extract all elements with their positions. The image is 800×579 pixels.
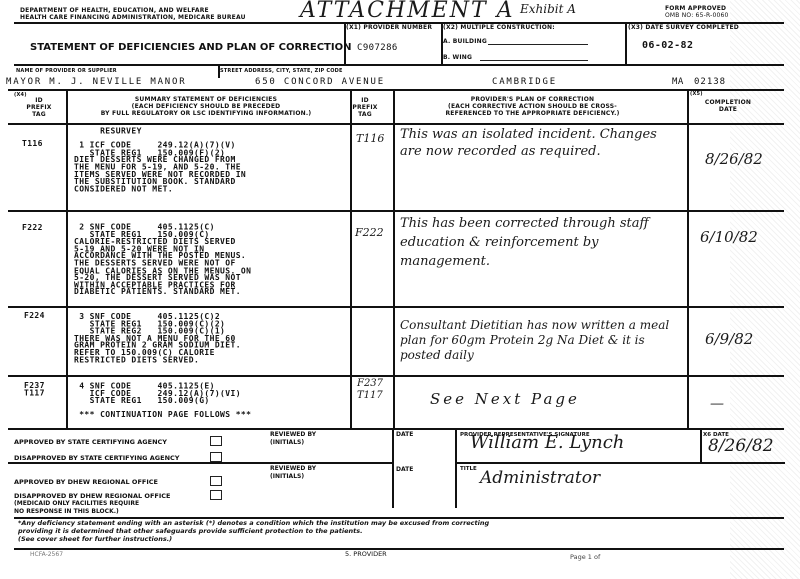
department-line-2: HEALTH CARE FINANCING ADMINISTRATION, ME…: [20, 14, 246, 21]
row-3-completion: 6/9/82: [705, 330, 753, 348]
provider-signature: William E. Lynch: [470, 432, 624, 453]
reviewed-by-dhew-label: REVIEWED BY (INITIALS): [270, 465, 316, 481]
row-4-plan-tag: F237 T117: [357, 378, 383, 402]
approved-state-label: APPROVED BY STATE CERTIFYING AGENCY: [14, 438, 167, 446]
provider-number: C907286: [357, 45, 398, 52]
plan-id-prefix-tag-header: ID PREFIX TAG: [350, 97, 380, 118]
dhew-date-label: DATE: [396, 466, 413, 474]
provider-number-label: (X1) PROVIDER NUMBER: [346, 24, 432, 31]
row-2-plan-tag: F222: [355, 226, 384, 239]
building-field[interactable]: [488, 44, 588, 45]
row-2-deficiency: 2 SNF CODE 405.1125(C) STATE REG1 150.00…: [74, 224, 251, 296]
row-2-plan: This has been corrected through staff ed…: [400, 214, 680, 271]
row-3-plan: Consultant Dietitian has now written a m…: [400, 318, 685, 363]
row-3-deficiency: 3 SNF CODE 405.1125(C)2 STATE REG1 150.0…: [74, 313, 241, 363]
asterisk-note: *Any deficiency statement ending with an…: [18, 519, 489, 543]
provider-name-label: NAME OF PROVIDER OR SUPPLIER: [16, 68, 117, 75]
summary-header: SUMMARY STATEMENT OF DEFICIENCIES (EACH …: [66, 96, 346, 117]
row-1-tag: T116: [22, 140, 43, 147]
row-1-deficiency: RESURVEY 1 ICF CODE 249.12(A)(7)(V) STAT…: [74, 128, 246, 193]
disapproved-dhew-label: DISAPPROVED BY DHEW REGIONAL OFFICE: [14, 492, 170, 500]
row-4-tag: F237 T117: [24, 382, 45, 396]
row-1-plan-tag: T116: [356, 132, 384, 145]
row-4-plan: See Next Page: [430, 390, 580, 408]
row-4-deficiency: 4 SNF CODE 405.1125(E) ICF CODE 249.12(A…: [74, 383, 251, 419]
copy-label: 5. PROVIDER: [345, 550, 387, 558]
plan-header: PROVIDER'S PLAN OF CORRECTION (EACH CORR…: [395, 96, 670, 117]
title-label: TITLE: [460, 465, 477, 473]
row-4-completion: —: [710, 396, 724, 412]
approved-state-checkbox[interactable]: [210, 436, 222, 446]
page-title: STATEMENT OF DEFICIENCIES AND PLAN OF CO…: [30, 42, 351, 53]
building-label: A. BUILDING: [443, 38, 487, 45]
row-1-plan: This was an isolated incident. Changes a…: [400, 126, 680, 160]
row-3-tag: F224: [24, 312, 45, 319]
completion-date-header: COMPLETION DATE: [688, 99, 768, 113]
provider-name: MAYOR M. J. NEVILLE MANOR: [6, 79, 186, 86]
wing-label: B. WING: [443, 54, 472, 61]
handwritten-exhibit: Exhibit A: [520, 2, 576, 16]
row-2-completion: 6/10/82: [700, 228, 758, 246]
row-2-tag: F222: [22, 224, 43, 231]
x5-label: (X5): [690, 91, 703, 98]
date-survey: 06-02-82: [642, 42, 693, 49]
row-1-completion: 8/26/82: [705, 150, 763, 168]
form-approved: FORM APPROVED: [665, 5, 726, 12]
multiple-construction-label: (X2) MULTIPLE CONSTRUCTION:: [443, 24, 555, 31]
disapproved-state-checkbox[interactable]: [210, 452, 222, 462]
date-survey-label: (X3) DATE SURVEY COMPLETED: [628, 24, 739, 31]
wing-field[interactable]: [480, 60, 588, 61]
id-prefix-tag-header: ID PREFIX TAG: [14, 97, 64, 118]
scan-noise: [730, 0, 800, 579]
handwritten-attachment: ATTACHMENT A: [300, 0, 515, 23]
disapproved-dhew-checkbox[interactable]: [210, 490, 222, 500]
address-label: STREET ADDRESS, CITY, STATE, ZIP CODE: [220, 68, 343, 75]
zip-code: 02138: [694, 79, 726, 86]
page-number: Page 1 of: [570, 553, 600, 561]
state: MA: [672, 79, 684, 86]
x6-date: 8/26/82: [708, 436, 774, 456]
form-number: HCFA-2567: [30, 551, 63, 558]
disapproved-state-label: DISAPPROVED BY STATE CERTIFYING AGENCY: [14, 454, 179, 462]
reviewed-by-state-label: REVIEWED BY (INITIALS): [270, 431, 316, 447]
approved-dhew-label: APPROVED BY DHEW REGIONAL OFFICE: [14, 478, 158, 486]
state-date-label: DATE: [396, 431, 413, 439]
omb-number: OMB NO: 65-R-0060: [665, 12, 729, 19]
department-line-1: DEPARTMENT OF HEALTH, EDUCATION, AND WEL…: [20, 7, 209, 14]
street-address: 650 CONCORD AVENUE: [255, 79, 385, 86]
medicaid-note: (MEDICAID ONLY FACILITIES REQUIRE NO RES…: [14, 500, 139, 516]
city: CAMBRIDGE: [492, 79, 557, 86]
approved-dhew-checkbox[interactable]: [210, 476, 222, 486]
provider-title: Administrator: [480, 468, 600, 488]
